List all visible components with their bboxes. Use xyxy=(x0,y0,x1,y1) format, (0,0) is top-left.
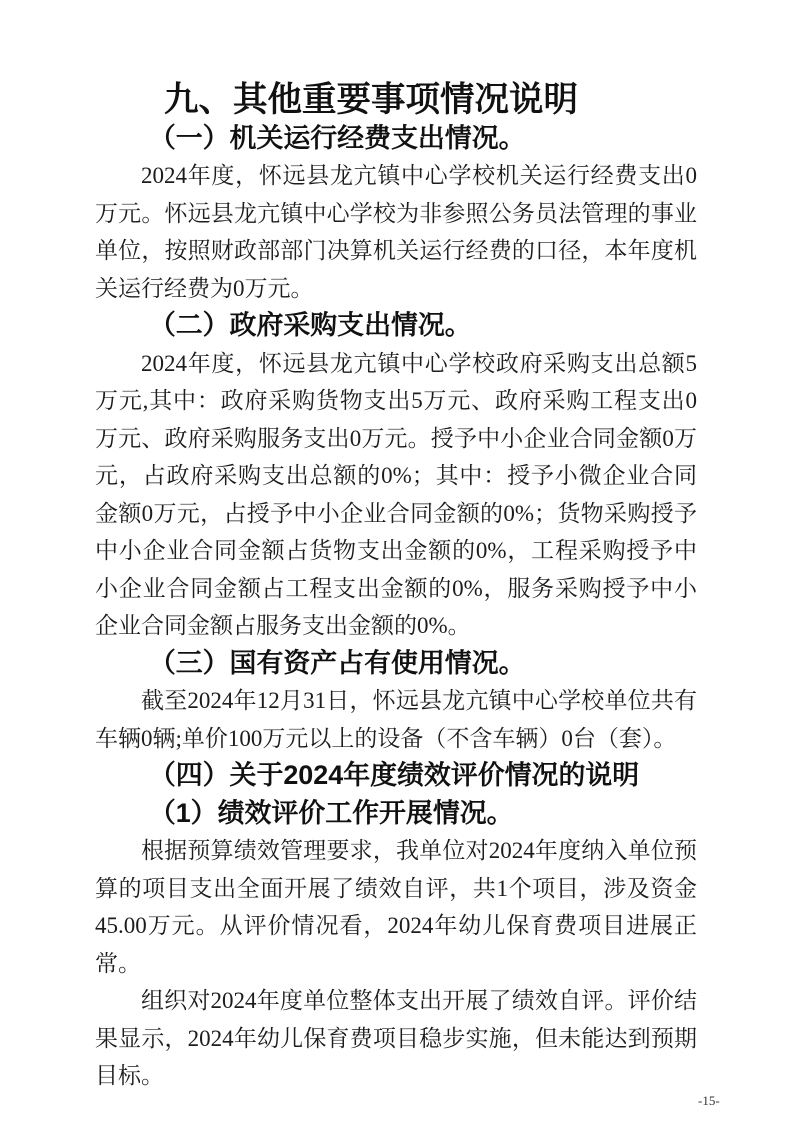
para-government-procurement: 2024年度，怀远县龙亢镇中心学校政府采购支出总额5万元,其中：政府采购货物支出… xyxy=(95,345,697,645)
heading-government-procurement: （二）政府采购支出情况。 xyxy=(95,307,697,345)
document-body: 九、其他重要事项情况说明 （一）机关运行经费支出情况。 2024年度，怀远县龙亢… xyxy=(95,82,697,1095)
heading-performance-evaluation-work: （1）绩效评价工作开展情况。 xyxy=(95,795,697,833)
para-agency-operating-expenses: 2024年度，怀远县龙亢镇中心学校机关运行经费支出0万元。怀远县龙亢镇中心学校为… xyxy=(95,157,697,307)
para-performance-self-evaluation: 根据预算绩效管理要求，我单位对2024年度纳入单位预算的项目支出全面开展了绩效自… xyxy=(95,832,697,982)
page-number: -15- xyxy=(698,1092,720,1110)
para-overall-expenditure-evaluation: 组织对2024年度单位整体支出开展了绩效自评。评价结果显示，2024年幼儿保育费… xyxy=(95,982,697,1095)
heading-agency-operating-expenses: （一）机关运行经费支出情况。 xyxy=(95,120,697,158)
heading-state-assets-usage: （三）国有资产占有使用情况。 xyxy=(95,645,697,683)
para-state-assets-usage: 截至2024年12月31日，怀远县龙亢镇中心学校单位共有车辆0辆;单价100万元… xyxy=(95,682,697,757)
heading-performance-evaluation-2024: （四）关于2024年度绩效评价情况的说明 xyxy=(95,757,697,795)
document-page: 九、其他重要事项情况说明 （一）机关运行经费支出情况。 2024年度，怀远县龙亢… xyxy=(0,0,793,1122)
heading-other-important-matters: 九、其他重要事项情况说明 xyxy=(95,82,697,120)
